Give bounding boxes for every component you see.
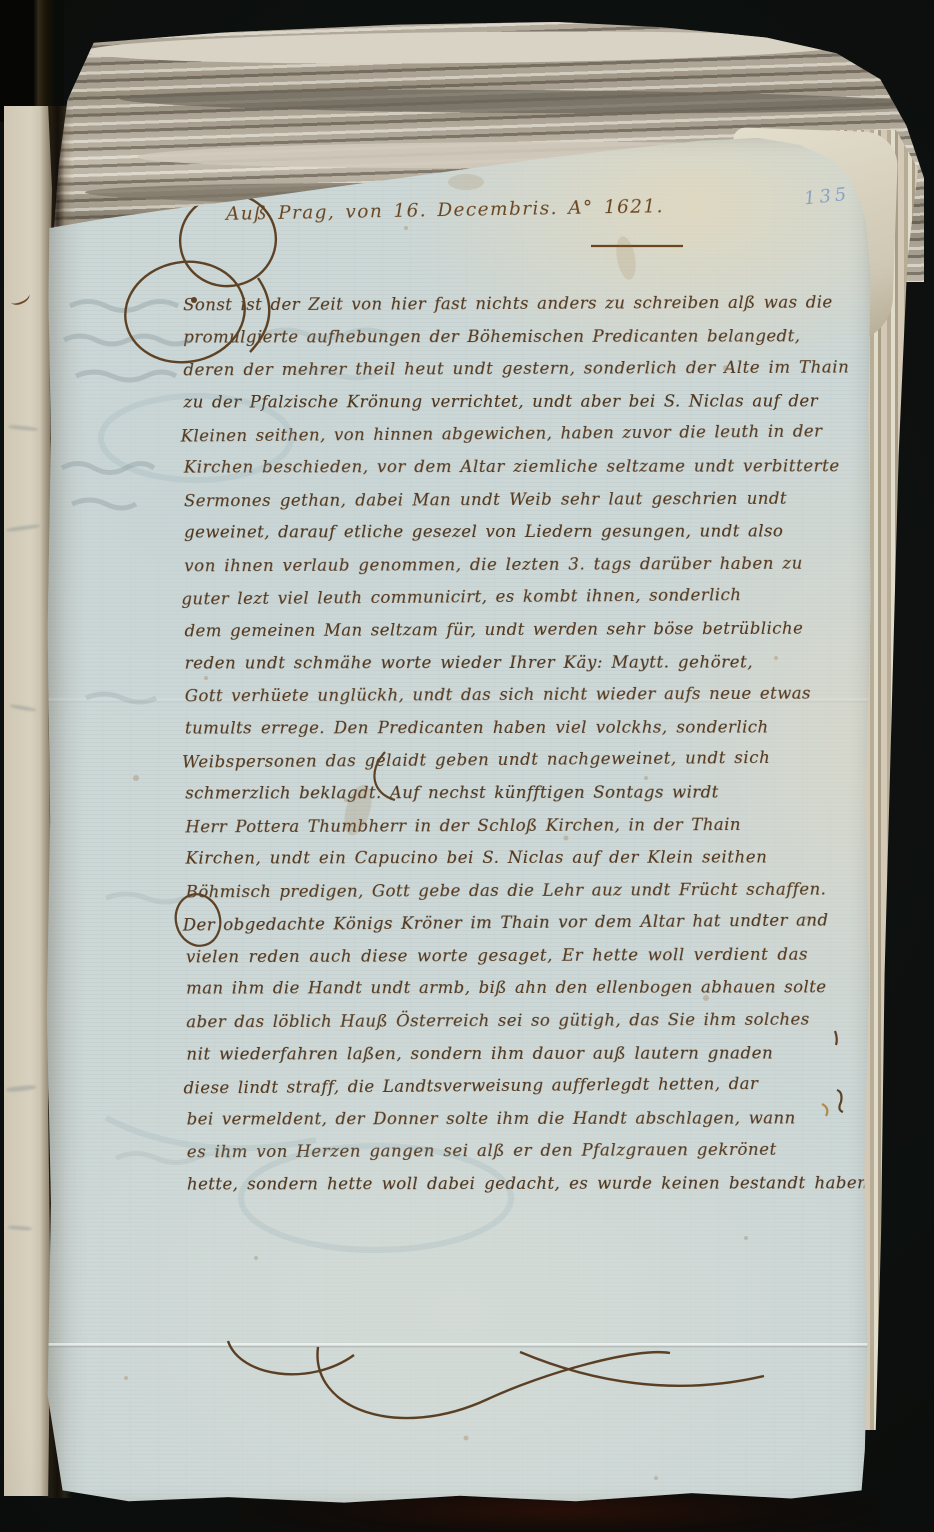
bleed-through-mark [8,1225,32,1231]
manuscript-line: Kirchen beschieden, vor dem Altar ziemli… [184,450,834,484]
bleed-through-mark [8,424,38,431]
bottom-flourish [228,1341,764,1418]
manuscript-line: zu der Pfalzische Krönung verrichtet, un… [183,385,833,419]
manuscript-line: Herr Pottera Thumbherr in der Schloß Kir… [185,808,835,843]
manuscript-line: hette, sondern hette woll dabei gedacht,… [187,1167,837,1201]
manuscript-line: Kleinen seithen, von hinnen abgewichen, … [181,416,831,454]
manuscript-line: Der obgedachte Königs Kröner im Thain vo… [183,905,833,943]
manuscript-line: vielen reden auch diese worte gesaget, E… [186,938,836,973]
fold-crease [46,1343,874,1348]
manuscript-line: reden undt schmähe worte wieder Ihrer Kä… [185,646,835,680]
manuscript-line: tumults errege. Den Predicanten haben vi… [185,711,835,745]
manuscript-page: 135 Auß Prag, von 16. Decembris. A° 1621… [46,138,874,1504]
manuscript-line: geweinet, darauf etliche gesezel von Lie… [184,516,834,550]
manuscript-line: guter lezt viel leuth communicirt, es ko… [181,579,831,617]
manuscript-line: man ihm die Handt undt armb, biß ahn den… [186,972,836,1006]
bleed-through-mark [6,524,40,533]
heading-line: Auß Prag, von 16. Decembris. A° 1621. [226,196,664,225]
bleed-through-mark [10,704,36,712]
manuscript-line: Weibspersonen das gelaidt geben undt nac… [182,742,832,780]
manuscript-line: bei vermeldent, der Donner solte ihm die… [187,1102,837,1136]
manuscript-line: aber das löblich Hauß Österreich sei so … [186,1004,836,1039]
manuscript-line: Sermones gethan, dabei Man undt Weib seh… [184,482,834,517]
manuscript-line: Sonst ist der Zeit von hier fast nichts … [183,287,833,322]
manuscript-line: von ihnen verlaub genommen, die lezten 3… [184,547,834,582]
manuscript-line: promulgierte aufhebungen der Böhemischen… [183,320,833,354]
book-frame-edge [0,0,64,122]
manuscript-line: schmerzlich beklagdt. Auf nechst künffti… [185,776,835,810]
manuscript-line: nit wiederfahren laßen, sondern ihm dauo… [186,1037,836,1071]
manuscript-line: es ihm von Herzen gangen sei alß er den … [187,1134,837,1169]
manuscript-line: diese lindt straff, die Landtsverweisung… [183,1068,833,1106]
manuscript-line: dem gemeinen Man seltzam für, undt werde… [184,613,834,648]
manuscript-line: Böhmisch predigen, Gott gebe das die Leh… [186,873,836,908]
manuscript-line: deren der mehrer theil heut undt gestern… [183,352,833,387]
page-number: 135 [803,184,851,210]
bleed-through-mark [6,1084,36,1092]
body-lines: Sonst ist der Zeit von hier fast nichts … [183,287,837,1202]
manuscript-line: Kirchen, undt ein Capucino bei S. Niclas… [185,841,835,875]
ink-mark [8,288,31,307]
leaf-edge-shadow [120,87,924,116]
manuscript-line: Gott verhüete unglückh, undt das sich ni… [185,678,835,713]
